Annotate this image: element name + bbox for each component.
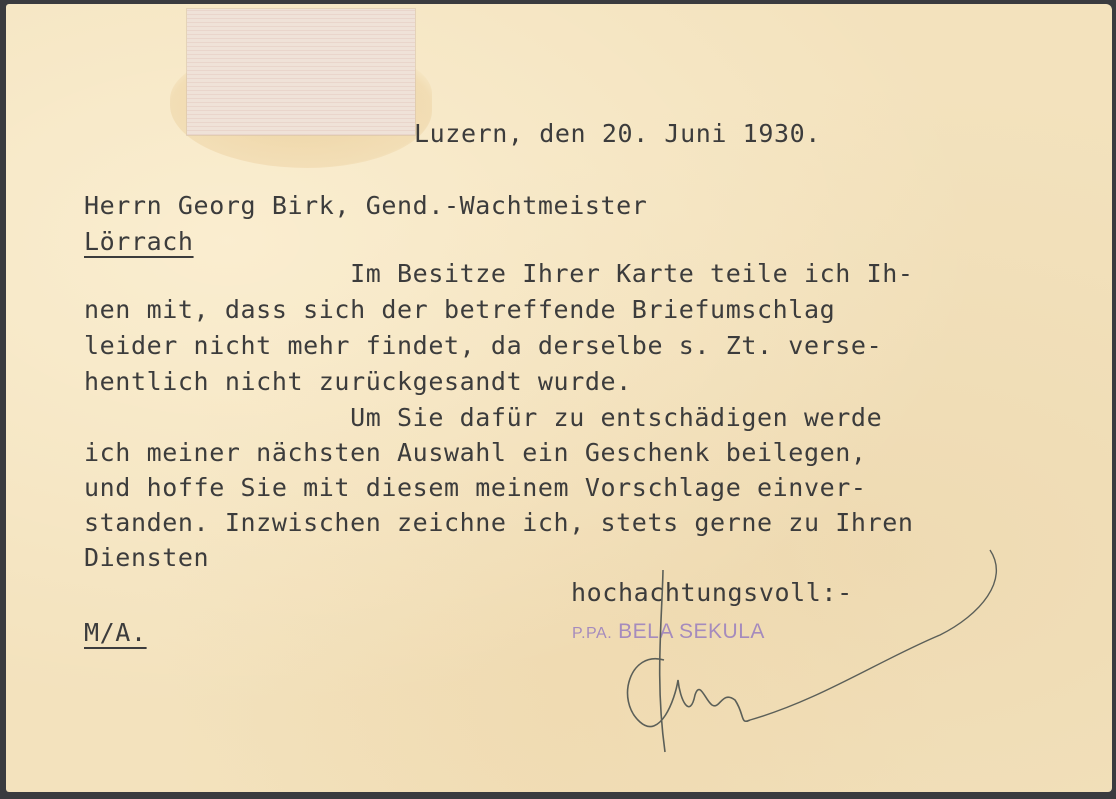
closing: hochachtungsvoll:- bbox=[571, 575, 853, 611]
stamp-prefix: P.PA. bbox=[572, 625, 612, 642]
body-line: und hoffe Sie mit diesem meinem Vorschla… bbox=[84, 470, 867, 506]
stamp-name: BELA SEKULA bbox=[618, 620, 765, 643]
place-date: Luzern, den 20. Juni 1930. bbox=[414, 116, 821, 152]
recipient-name: Herrn Georg Birk, Gend.-Wachtmeister bbox=[84, 188, 647, 224]
body-line: leider nicht mehr findet, da derselbe s.… bbox=[84, 328, 882, 364]
initials: M/A. bbox=[84, 615, 147, 651]
recipient-city: Lörrach bbox=[84, 224, 194, 260]
body-line: Im Besitze Ihrer Karte teile ich Ih- bbox=[84, 256, 914, 292]
rubber-stamp: P.PA.BELA SEKULA bbox=[572, 620, 765, 644]
body-line: ich meiner nächsten Auswahl ein Geschenk… bbox=[84, 435, 867, 471]
body-line: hentlich nicht zurückgesandt wurde. bbox=[84, 364, 632, 400]
body-line: Um Sie dafür zu entschädigen werde bbox=[84, 400, 882, 436]
postage-stamp-remnant bbox=[187, 9, 415, 135]
body-line: nen mit, dass sich der betreffende Brief… bbox=[84, 292, 835, 328]
body-line: standen. Inzwischen zeichne ich, stets g… bbox=[84, 505, 914, 541]
body-line: Diensten bbox=[84, 540, 209, 576]
